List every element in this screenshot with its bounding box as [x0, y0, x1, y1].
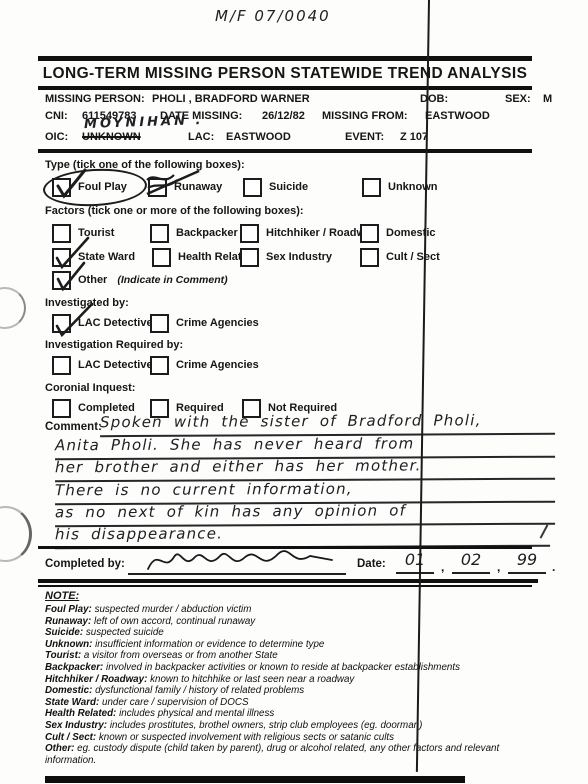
note-text: insufficient information or evidence to …	[95, 639, 324, 650]
ref-number-handwritten: M/F 07/0040	[215, 7, 331, 25]
note-item: Runaway: left of own accord, continual r…	[45, 616, 553, 628]
checkbox-label: Sex Industry	[266, 251, 332, 263]
oic-value-struck: UNKNOWN	[82, 131, 141, 143]
checkbox-required-crime-agencies: Crime Agencies	[150, 355, 259, 375]
type-options-row: Foul Play Runaway Suicide Unknown	[52, 177, 552, 199]
note-text: eg. custody dispute (child taken by pare…	[45, 743, 499, 766]
checkbox-box	[148, 178, 167, 197]
checkbox-suicide: Suicide	[243, 177, 308, 197]
note-text: involved in backpacker activities or kno…	[106, 662, 460, 673]
checkbox-box	[150, 314, 169, 333]
checkbox-box	[240, 248, 259, 267]
note-item: State Ward: under care / supervision of …	[45, 697, 553, 709]
checkbox-sex-industry: Sex Industry	[240, 247, 332, 267]
note-term: Sex Industry:	[45, 720, 107, 731]
note-term: Tourist:	[45, 650, 81, 661]
checkbox-label: Backpacker	[176, 227, 238, 239]
checkbox-box	[152, 248, 171, 267]
factors-row-1: Tourist Backpacker Hitchhiker / Roadway …	[52, 223, 552, 245]
checkbox-runaway: Runaway	[148, 177, 222, 197]
note-text: suspected murder / abduction victim	[95, 604, 252, 615]
scanned-form-page: M/F 07/0040 LONG-TERM MISSING PERSON STA…	[0, 0, 588, 784]
investigated-by-row: LAC Detectives Crime Agencies	[52, 313, 552, 335]
note-item: Sex Industry: includes prostitutes, brot…	[45, 720, 553, 732]
note-item: Domestic: dysfunctional family / history…	[45, 685, 553, 697]
checkbox-cult-sect: Cult / Sect	[360, 247, 440, 267]
checkbox-box	[52, 314, 71, 333]
section-rule	[38, 579, 538, 583]
checkbox-other: Other (Indicate in Comment)	[52, 270, 228, 290]
checkbox-investigated-lac-detectives: LAC Detectives	[52, 313, 159, 333]
oic-label: OIC:	[45, 131, 68, 143]
checkbox-label: Crime Agencies	[176, 359, 259, 371]
note-text: known to hitchhike or last seen near a r…	[150, 674, 354, 685]
note-term: Hitchhiker / Roadway:	[45, 674, 147, 685]
missing-person-label: MISSING PERSON:	[45, 93, 145, 105]
note-text: includes physical and mental illness	[119, 708, 274, 719]
tick-mark-icon	[52, 304, 96, 340]
checkbox-label: Crime Agencies	[176, 317, 259, 329]
note-term: Unknown:	[45, 639, 92, 650]
note-section: NOTE: Foul Play: suspected murder / abdu…	[45, 590, 553, 766]
note-text: left of own accord, continual runaway	[94, 616, 255, 627]
checkbox-hitchhiker-roadway: Hitchhiker / Roadway	[240, 223, 377, 243]
section-rule	[38, 149, 532, 153]
checkbox-label: LAC Detectives	[78, 359, 159, 371]
checkbox-box	[360, 224, 379, 243]
comment-label: Comment:	[45, 421, 102, 433]
date-terminator: .	[552, 560, 555, 574]
note-item: Tourist: a visitor from overseas or from…	[45, 650, 553, 662]
checkbox-box	[150, 224, 169, 243]
note-item: Foul Play: suspected murder / abduction …	[45, 604, 553, 616]
note-heading: NOTE:	[45, 590, 553, 602]
event-label: EVENT:	[345, 131, 384, 143]
note-item: Health Related: includes physical and me…	[45, 708, 553, 720]
note-text: suspected suicide	[86, 627, 164, 638]
date-day: 01	[396, 550, 434, 574]
date-year: 99	[508, 550, 546, 574]
checkbox-box	[362, 178, 381, 197]
note-term: Other:	[45, 743, 74, 754]
missing-from-label: MISSING FROM:	[322, 110, 408, 122]
missing-from-value: EASTWOOD	[425, 110, 490, 122]
checkbox-box	[52, 399, 71, 418]
note-text: dysfunctional family / history of relate…	[95, 685, 304, 696]
note-item: Unknown: insufficient information or evi…	[45, 639, 553, 651]
note-text: under care / supervision of DOCS	[102, 697, 248, 708]
note-text: known or suspected involvement with reli…	[99, 732, 394, 743]
checkbox-foul-play: Foul Play	[52, 177, 127, 197]
checkbox-label: Domestic	[386, 227, 436, 239]
date-missing-value: 26/12/82	[262, 110, 305, 122]
tick-mark-icon	[52, 261, 88, 293]
note-term: Domestic:	[45, 685, 92, 696]
note-term: Foul Play:	[45, 604, 92, 615]
checkbox-label: Cult / Sect	[386, 251, 440, 263]
note-item: Hitchhiker / Roadway: known to hitchhike…	[45, 674, 553, 686]
note-item: Other: eg. custody dispute (child taken …	[45, 743, 553, 766]
form-title: LONG-TERM MISSING PERSON STATEWIDE TREND…	[38, 65, 532, 83]
note-term: Suicide:	[45, 627, 83, 638]
note-term: Cult / Sect:	[45, 732, 96, 743]
note-item: Cult / Sect: known or suspected involvem…	[45, 732, 553, 744]
hole-punch	[0, 506, 32, 562]
title-bar: LONG-TERM MISSING PERSON STATEWIDE TREND…	[38, 56, 532, 90]
hole-punch	[0, 287, 26, 329]
note-term: Runaway:	[45, 616, 91, 627]
checkbox-box	[360, 248, 379, 267]
note-term: Health Related:	[45, 708, 116, 719]
factors-heading: Factors (tick one or more of the followi…	[45, 205, 304, 217]
checkbox-box	[52, 271, 71, 290]
checkbox-box	[150, 356, 169, 375]
checkbox-investigated-crime-agencies: Crime Agencies	[150, 313, 259, 333]
checkbox-backpacker: Backpacker	[150, 223, 238, 243]
factors-row-3: Other (Indicate in Comment)	[52, 270, 552, 292]
missing-person-value: PHOLI , BRADFORD WARNER	[152, 93, 310, 105]
checkbox-note: (Indicate in Comment)	[117, 274, 227, 286]
factors-row-2: State Ward Health Related Sex Industry C…	[52, 247, 552, 269]
sex-label: SEX:	[505, 93, 531, 105]
event-value: Z 107	[400, 131, 428, 143]
checkbox-label: Suicide	[269, 181, 308, 193]
date-separator: ,	[497, 560, 500, 574]
oic-handwritten-name: MOYNIHAN .	[84, 113, 204, 132]
checkbox-box	[240, 224, 259, 243]
note-text: includes prostitutes, brothel owners, st…	[110, 720, 423, 731]
note-term: State Ward:	[45, 697, 99, 708]
section-rule	[38, 585, 532, 587]
lac-value: EASTWOOD	[226, 131, 291, 143]
checkbox-box	[52, 356, 71, 375]
signature-scribble	[140, 545, 340, 575]
note-term: Backpacker:	[45, 662, 103, 673]
note-item: Backpacker: involved in backpacker activ…	[45, 662, 553, 674]
note-item: Suicide: suspected suicide	[45, 627, 553, 639]
completed-by-label: Completed by:	[45, 558, 125, 570]
coronial-inquest-heading: Coronial Inquest:	[45, 382, 135, 394]
sex-value: M	[543, 93, 552, 105]
checkbox-required-lac-detectives: LAC Detectives	[52, 355, 159, 375]
signature-line	[128, 553, 346, 575]
date-month: 02	[452, 550, 490, 574]
checkbox-box	[243, 178, 262, 197]
date-label: Date:	[357, 558, 386, 570]
lac-label: LAC:	[188, 131, 214, 143]
investigation-required-row: LAC Detectives Crime Agencies	[52, 355, 552, 377]
cni-label: CNI:	[45, 110, 68, 122]
date-separator: ,	[441, 560, 444, 574]
investigation-required-heading: Investigation Required by:	[45, 339, 183, 351]
scribble-mark-icon	[143, 166, 203, 200]
dob-label: DOB:	[420, 93, 448, 105]
checkbox-box	[52, 178, 71, 197]
checkbox-label: Unknown	[388, 181, 438, 193]
note-text: a visitor from overseas or from another …	[84, 650, 278, 661]
bottom-scan-bar	[45, 776, 465, 783]
tick-mark-icon	[52, 168, 88, 200]
